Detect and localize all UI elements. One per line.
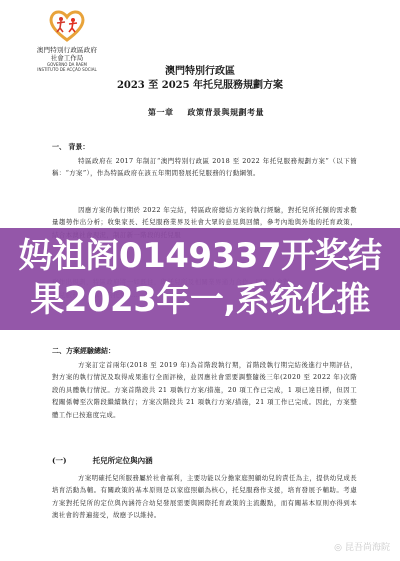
section-heading-summary: 二、方案經驗總結： bbox=[52, 346, 115, 356]
document-title-line1: 澳門特別行政區 bbox=[0, 62, 400, 77]
heart-logo-icon bbox=[47, 8, 87, 42]
overlay-headline-line1: 妈祖阁0149337开奖结 bbox=[0, 234, 400, 278]
overlay-headline: 妈祖阁0149337开奖结 果2023年一,系统化推 bbox=[0, 228, 400, 330]
logo-org-name: 澳門特別行政區政府 bbox=[22, 46, 112, 54]
paragraph-text: 方案訂定首兩年(2018 至 2019 年)為首階段執行期，首階段執行期完結後進… bbox=[52, 361, 357, 419]
subsection-number: (一) bbox=[52, 456, 67, 465]
document-title-line2: 2023 至 2025 年托兒服務規劃方案 bbox=[0, 76, 400, 91]
paragraph-text: 特區政府在 2017 年制訂“澳門特別行政區 2018 至 2022 年托兒服務… bbox=[52, 157, 357, 177]
section-heading-background: 一、 背景： bbox=[52, 142, 89, 152]
source-watermark: ◎昆吾尚海院 bbox=[334, 540, 390, 553]
paragraph-text: 方案明確托兒所服務屬於社會福利，主要功能以分擔家庭照顧幼兒的責任為主，提供幼兒成… bbox=[52, 474, 357, 519]
chapter-number: 第一章 bbox=[148, 107, 174, 117]
logo-dept-name: 社會工作局 bbox=[22, 54, 112, 62]
document-page: 澳門特別行政區政府 社會工作局 GOVERNO DA RAEM INSTITUT… bbox=[0, 0, 400, 561]
chapter-heading: 第一章政策背景與規劃考量 bbox=[148, 107, 264, 118]
weibo-icon: ◎ bbox=[334, 543, 342, 553]
watermark-text: 昆吾尚海院 bbox=[345, 543, 390, 553]
paragraph-positioning: 方案明確托兒所服務屬於社會福利，主要功能以分擔家庭照顧幼兒的責任為主，提供幼兒成… bbox=[52, 472, 357, 522]
subsection-title: 托兒所定位與內涵 bbox=[93, 456, 153, 465]
paragraph-background-1: 特區政府在 2017 年制訂“澳門特別行政區 2018 至 2022 年托兒服務… bbox=[52, 155, 357, 180]
overlay-headline-line2: 果2023年一,系统化推 bbox=[0, 278, 400, 322]
paragraph-summary: 方案訂定首兩年(2018 至 2019 年)為首階段執行期，首階段執行期完結後進… bbox=[52, 359, 357, 421]
subsection-heading: (一)托兒所定位與內涵 bbox=[52, 455, 153, 466]
chapter-title: 政策背景與規劃考量 bbox=[188, 107, 265, 117]
